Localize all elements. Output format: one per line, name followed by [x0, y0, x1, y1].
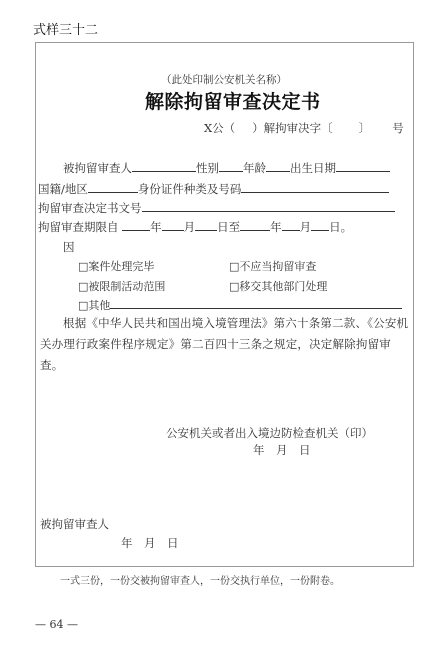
copies-note: 一式三份，一份交被拘留审查人，一份交执行单位，一份附卷。	[60, 572, 340, 587]
detainee-sign-date: 年 月 日	[121, 535, 179, 551]
page-number: — 64 —	[35, 618, 78, 631]
option-should-not-detain[interactable]: □不应当拘留审查	[229, 258, 316, 274]
document-number: X公（）解拘审决字〔〕号	[204, 120, 404, 136]
option-case-closed[interactable]: □案件处理完毕	[78, 258, 154, 274]
id-number-field[interactable]	[241, 181, 389, 193]
id-label: 身份证件种类及号码	[138, 182, 242, 196]
gender-label: 性别	[196, 161, 219, 175]
option-other[interactable]: □其他	[78, 299, 110, 312]
year-label: 年	[270, 220, 282, 234]
reason-label: 因	[63, 239, 75, 255]
period-label: 拘留审查期限自	[38, 220, 119, 234]
legal-basis-text: 根据《中华人民共和国出境入境管理法》第六十条第二款、《公安机关办理行政案件程序规…	[40, 313, 412, 376]
month-label: 月	[300, 220, 312, 234]
nationality-label: 国籍/地区	[38, 182, 88, 196]
doc-number-suffix: 号	[392, 121, 404, 135]
day-end-label: 日。	[329, 220, 352, 234]
option-other-row: □其他	[78, 297, 402, 313]
month-label: 月	[184, 220, 196, 234]
decision-no-label: 拘留审查决定书文号	[38, 201, 142, 215]
age-label: 年龄	[243, 161, 266, 175]
detainee-row: 被拘留审查人性别年龄出生日期	[63, 160, 390, 176]
authority-date: 年 月 日	[253, 442, 311, 458]
authority-seal-label: 公安机关或者出入境边防检查机关（印）	[166, 425, 373, 441]
year-label: 年	[150, 220, 162, 234]
decision-number-row: 拘留审查决定书文号	[38, 200, 395, 216]
nationality-row: 国籍/地区身份证件种类及号码	[38, 181, 389, 197]
end-year-field[interactable]	[240, 219, 270, 231]
other-reason-field[interactable]	[110, 297, 402, 309]
decision-number-field[interactable]	[142, 200, 395, 212]
option-restricted-area[interactable]: □被限制活动范围	[78, 278, 165, 294]
agency-placeholder: （此处印制公安机关名称）	[0, 72, 448, 87]
end-day-field[interactable]	[311, 219, 329, 231]
document-title: 解除拘留审查决定书	[145, 87, 321, 114]
end-month-field[interactable]	[282, 219, 300, 231]
detainee-sign-label: 被拘留审查人	[40, 516, 109, 532]
age-field[interactable]	[266, 160, 290, 172]
birth-label: 出生日期	[290, 161, 336, 175]
doc-number-mid: ）解拘审决字〔	[252, 121, 333, 135]
nationality-field[interactable]	[88, 181, 138, 193]
detainee-label: 被拘留审查人	[63, 161, 132, 175]
birth-date-field[interactable]	[336, 160, 390, 172]
day-to-label: 日至	[217, 220, 240, 234]
doc-number-prefix: X公（	[204, 121, 235, 135]
period-row: 拘留审查期限自 年月日至年月日。	[38, 219, 352, 235]
start-month-field[interactable]	[162, 219, 184, 231]
detainee-name-field[interactable]	[132, 160, 196, 172]
start-year-field[interactable]	[122, 219, 150, 231]
option-transfer[interactable]: □移交其他部门处理	[229, 278, 327, 294]
doc-number-close: 〕	[359, 121, 371, 135]
form-code: 式样三十二	[33, 19, 98, 38]
gender-field[interactable]	[219, 160, 243, 172]
start-day-field[interactable]	[195, 219, 217, 231]
